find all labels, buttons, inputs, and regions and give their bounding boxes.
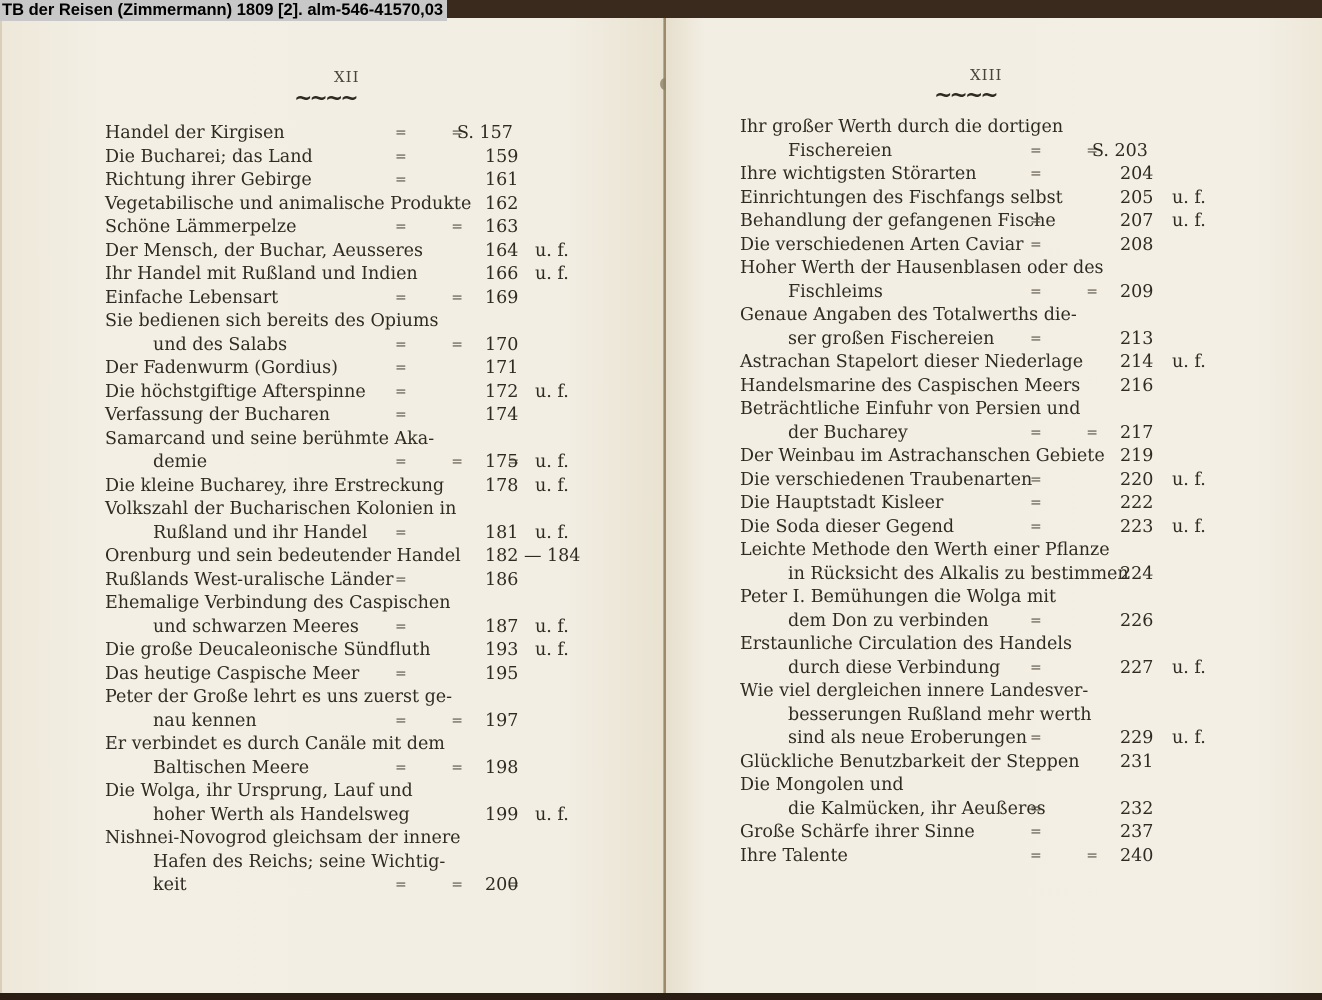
entry-title: Die Mongolen und [740, 774, 904, 798]
entry-suffix: u. f. [535, 804, 569, 828]
leader-marks: = [395, 146, 407, 170]
toc-entry: Ihr großer Werth durch die dortigen [740, 116, 1280, 140]
toc-entry: Das heutige Caspische Meer=195 [105, 663, 625, 687]
leader-marks: = = [395, 710, 463, 734]
entry-title: ser großen Fischereien [788, 328, 994, 352]
leader-marks: = = [395, 287, 463, 311]
toc-entry: Er verbindet es durch Canäle mit dem [105, 733, 625, 757]
entry-page-number: 199 [485, 804, 518, 828]
toc-entry: Die Mongolen und [740, 774, 1280, 798]
toc-entry: Der Fadenwurm (Gordius)=171 [105, 357, 625, 381]
entry-page-number: 200 [485, 874, 518, 898]
leader-marks: = [1030, 516, 1042, 540]
entry-suffix: u. f. [535, 616, 569, 640]
entry-title: Fischleims [788, 281, 883, 305]
toc-entry: Leichte Methode den Werth einer Pflanze [740, 539, 1280, 563]
entry-title: Wie viel dergleichen innere Landesver- [740, 680, 1088, 704]
entry-page-number: 164 [485, 240, 518, 264]
toc-entry: Ihre wichtigsten Störarten=204 [740, 163, 1280, 187]
entry-page-number: 181 [485, 522, 518, 546]
toc-entry: Sie bedienen sich bereits des Opiums [105, 310, 625, 334]
entry-title: Der Mensch, der Buchar, Aeusseres [105, 240, 423, 264]
entry-title: Die kleine Bucharey, ihre Erstreckung [105, 475, 444, 499]
entry-suffix: u. f. [535, 240, 569, 264]
page-number: XII [334, 68, 360, 86]
toc-entry: die Kalmücken, ihr Aeußeres=232 [740, 798, 1280, 822]
entry-page-number: 208 [1120, 234, 1153, 258]
entry-title: Schöne Lämmerpelze [105, 216, 296, 240]
entry-title: hoher Werth als Handelsweg [153, 804, 410, 828]
entry-page-number: 220 [1120, 469, 1153, 493]
leader-marks: = [1030, 610, 1042, 634]
toc-list-right: Ihr großer Werth durch die dortigenFisch… [740, 116, 1280, 868]
toc-entry: Erstaunliche Circulation des Handels [740, 633, 1280, 657]
toc-entry: Die Bucharei; das Land=159 [105, 146, 625, 170]
entry-suffix: u. f. [535, 639, 569, 663]
entry-page-number: 223 [1120, 516, 1153, 540]
leader-marks: = = [1030, 140, 1098, 164]
toc-entry: Ihr Handel mit Rußland und Indien166u. f… [105, 263, 625, 287]
entry-title: Baltischen Meere [153, 757, 309, 781]
toc-entry: und des Salabs= =170 [105, 334, 625, 358]
entry-title: Rußland und ihr Handel [153, 522, 367, 546]
leader-marks: = [395, 357, 407, 381]
entry-title: Der Weinbau im Astrachanschen Gebiete [740, 445, 1105, 469]
entry-page-number: 229 [1120, 727, 1153, 751]
entry-suffix: u. f. [535, 475, 569, 499]
toc-entry: Astrachan Stapelort dieser Niederlage214… [740, 351, 1280, 375]
entry-title: die Kalmücken, ihr Aeußeres [788, 798, 1046, 822]
entry-title: Ehemalige Verbindung des Caspischen [105, 592, 450, 616]
toc-entry: Fischleims= =209 [740, 281, 1280, 305]
leader-marks: = [395, 663, 407, 687]
toc-entry: der Bucharey= =217 [740, 422, 1280, 446]
leader-marks: = [395, 404, 407, 428]
entry-title: in Rücksicht des Alkalis zu bestimmen [788, 563, 1129, 587]
entry-title: besserungen Rußland mehr werth [788, 704, 1092, 728]
toc-list-left: Handel der Kirgisen= =S. 157Die Bucharei… [105, 122, 625, 898]
ornament-rule: ~~~~ [934, 91, 996, 99]
entry-title: Peter der Große lehrt es uns zuerst ge- [105, 686, 452, 710]
entry-title: Nishnei-Novogrod gleichsam der innere [105, 827, 461, 851]
toc-entry: Einfache Lebensart= =169 [105, 287, 625, 311]
entry-title: Fischereien [788, 140, 892, 164]
entry-suffix: u. f. [1172, 210, 1206, 234]
entry-title: Große Schärfe ihrer Sinne [740, 821, 975, 845]
entry-title: Samarcand und seine berühmte Aka- [105, 428, 434, 452]
toc-entry: Hafen des Reichs; seine Wichtig- [105, 851, 625, 875]
entry-page-number: S. 203 [1092, 140, 1148, 164]
entry-page-number: 169 [485, 287, 518, 311]
entry-title: sind als neue Eroberungen [788, 727, 1027, 751]
entry-title: Einrichtungen des Fischfangs selbst [740, 187, 1063, 211]
toc-entry: Schöne Lämmerpelze= =163 [105, 216, 625, 240]
leader-marks: = [395, 169, 407, 193]
toc-entry: Volkszahl der Bucharischen Kolonien in [105, 498, 625, 522]
entry-page-number: 174 [485, 404, 518, 428]
entry-title: Behandlung der gefangenen Fische [740, 210, 1056, 234]
toc-entry: Die höchstgiftige Afterspinne=172u. f. [105, 381, 625, 405]
entry-suffix: u. f. [1172, 351, 1206, 375]
entry-page-number: 227 [1120, 657, 1153, 681]
entry-title: und schwarzen Meeres [153, 616, 359, 640]
toc-entry: demie= = =175u. f. [105, 451, 625, 475]
entry-title: Glückliche Benutzbarkeit der Steppen [740, 751, 1080, 775]
leader-marks: = [1030, 798, 1042, 822]
toc-entry: sind als neue Eroberungen=229u. f. [740, 727, 1280, 751]
entry-title: dem Don zu verbinden [788, 610, 989, 634]
toc-entry: Die Soda dieser Gegend=223u. f. [740, 516, 1280, 540]
toc-entry: Richtung ihrer Gebirge=161 [105, 169, 625, 193]
entry-title: und des Salabs [153, 334, 287, 358]
entry-page-number: 240 [1120, 845, 1153, 869]
entry-title: Er verbindet es durch Canäle mit dem [105, 733, 445, 757]
toc-entry: Die Hauptstadt Kisleer=222 [740, 492, 1280, 516]
entry-title: durch diese Verbindung [788, 657, 1000, 681]
entry-title: Ihr großer Werth durch die dortigen [740, 116, 1063, 140]
entry-page-number: 209 [1120, 281, 1153, 305]
toc-entry: besserungen Rußland mehr werth [740, 704, 1280, 728]
entry-title: Die verschiedenen Traubenarten [740, 469, 1032, 493]
entry-title: Genaue Angaben des Totalwerths die- [740, 304, 1077, 328]
leader-marks: = [1030, 163, 1042, 187]
toc-entry: Behandlung der gefangenen Fische=207u. f… [740, 210, 1280, 234]
entry-title: Die Soda dieser Gegend [740, 516, 954, 540]
book-spread: XII ~~~~ Handel der Kirgisen= =S. 157Die… [0, 18, 1322, 993]
toc-entry: Orenburg und sein bedeutender Handel182 … [105, 545, 625, 569]
entry-page-number: 159 [485, 146, 518, 170]
entry-title: Das heutige Caspische Meer [105, 663, 359, 687]
entry-title: der Bucharey [788, 422, 908, 446]
entry-title: Verfassung der Bucharen [105, 404, 330, 428]
entry-page-number: 170 [485, 334, 518, 358]
toc-entry: Genaue Angaben des Totalwerths die- [740, 304, 1280, 328]
toc-entry: Rußland und ihr Handel=181u. f. [105, 522, 625, 546]
entry-title: Volkszahl der Bucharischen Kolonien in [105, 498, 456, 522]
toc-entry: Die verschiedenen Traubenarten=220u. f. [740, 469, 1280, 493]
entry-page-number: 178 [485, 475, 518, 499]
left-page: XII ~~~~ Handel der Kirgisen= =S. 157Die… [0, 18, 664, 993]
leader-marks: = = [395, 216, 463, 240]
entry-title: Erstaunliche Circulation des Handels [740, 633, 1072, 657]
entry-page-number: 207 [1120, 210, 1153, 234]
entry-title: Die Wolga, ihr Ursprung, Lauf und [105, 780, 413, 804]
entry-title: Ihr Handel mit Rußland und Indien [105, 263, 418, 287]
toc-entry: Die kleine Bucharey, ihre Erstreckung178… [105, 475, 625, 499]
leader-marks: = = [395, 122, 463, 146]
toc-entry: Peter der Große lehrt es uns zuerst ge- [105, 686, 625, 710]
entry-page-number: 216 [1120, 375, 1153, 399]
leader-marks: = [1030, 234, 1042, 258]
leader-marks: = [1030, 657, 1042, 681]
entry-page-number: 214 [1120, 351, 1153, 375]
entry-title: Beträchtliche Einfuhr von Persien und [740, 398, 1080, 422]
ornament-rule: ~~~~ [294, 94, 356, 102]
entry-suffix: u. f. [535, 263, 569, 287]
entry-suffix: u. f. [1172, 469, 1206, 493]
entry-page-number: 204 [1120, 163, 1153, 187]
entry-page-number: 224 [1120, 563, 1153, 587]
toc-entry: Nishnei-Novogrod gleichsam der innere [105, 827, 625, 851]
leader-marks: = [395, 569, 407, 593]
entry-title: Die Hauptstadt Kisleer [740, 492, 943, 516]
toc-entry: in Rücksicht des Alkalis zu bestimmen224 [740, 563, 1280, 587]
entry-page-number: 166 [485, 263, 518, 287]
entry-title: nau kennen [153, 710, 257, 734]
entry-title: Orenburg und sein bedeutender Handel [105, 545, 461, 569]
toc-entry: nau kennen= =197 [105, 710, 625, 734]
entry-title: Ihre wichtigsten Störarten [740, 163, 977, 187]
entry-page-number: 182 — 184 [485, 545, 580, 569]
entry-page-number: 213 [1120, 328, 1153, 352]
entry-page-number: 161 [485, 169, 518, 193]
leader-marks: = = [1030, 845, 1098, 869]
toc-entry: Vegetabilische und animalische Produkte1… [105, 193, 625, 217]
toc-entry: Beträchtliche Einfuhr von Persien und [740, 398, 1280, 422]
entry-title: Peter I. Bemühungen die Wolga mit [740, 586, 1056, 610]
entry-title: keit [153, 874, 187, 898]
entry-title: Vegetabilische und animalische Produkte [105, 193, 471, 217]
toc-entry: Baltischen Meere= =198 [105, 757, 625, 781]
leader-marks: = [1030, 727, 1042, 751]
leader-marks: = [1030, 210, 1042, 234]
toc-entry: Der Mensch, der Buchar, Aeusseres164u. f… [105, 240, 625, 264]
entry-title: Ihre Talente [740, 845, 848, 869]
toc-entry: Fischereien= =S. 203 [740, 140, 1280, 164]
entry-page-number: 217 [1120, 422, 1153, 446]
leader-marks: = [395, 381, 407, 405]
leader-marks: = [1030, 469, 1042, 493]
entry-page-number: 205 [1120, 187, 1153, 211]
entry-page-number: 232 [1120, 798, 1153, 822]
entry-title: Sie bedienen sich bereits des Opiums [105, 310, 438, 334]
toc-entry: Hoher Werth der Hausenblasen oder des [740, 257, 1280, 281]
leader-marks: = [395, 522, 407, 546]
entry-suffix: u. f. [1172, 727, 1206, 751]
entry-page-number: 175 [485, 451, 518, 475]
leader-marks: = = [395, 334, 463, 358]
leader-marks: = = [395, 757, 463, 781]
toc-entry: Wie viel dergleichen innere Landesver- [740, 680, 1280, 704]
entry-page-number: 197 [485, 710, 518, 734]
toc-entry: Glückliche Benutzbarkeit der Steppen231 [740, 751, 1280, 775]
toc-entry: ser großen Fischereien=213 [740, 328, 1280, 352]
entry-page-number: 163 [485, 216, 518, 240]
entry-page-number: 195 [485, 663, 518, 687]
entry-title: Hoher Werth der Hausenblasen oder des [740, 257, 1104, 281]
leader-marks: = [1030, 821, 1042, 845]
toc-entry: Handelsmarine des Caspischen Meers216 [740, 375, 1280, 399]
entry-page-number: 193 [485, 639, 518, 663]
toc-entry: keit= = =200 [105, 874, 625, 898]
entry-title: Hafen des Reichs; seine Wichtig- [153, 851, 445, 875]
leader-marks: = = [1030, 281, 1098, 305]
toc-entry: Ihre Talente= =240 [740, 845, 1280, 869]
entry-title: Die große Deucaleonische Sündfluth [105, 639, 430, 663]
entry-title: Einfache Lebensart [105, 287, 278, 311]
toc-entry: hoher Werth als Handelsweg199u. f. [105, 804, 625, 828]
entry-title: Der Fadenwurm (Gordius) [105, 357, 338, 381]
leader-marks: = [1030, 492, 1042, 516]
image-caption: TB der Reisen (Zimmermann) 1809 [2]. alm… [0, 0, 447, 21]
entry-page-number: 186 [485, 569, 518, 593]
toc-entry: Samarcand und seine berühmte Aka- [105, 428, 625, 452]
entry-page-number: 231 [1120, 751, 1153, 775]
entry-title: Die verschiedenen Arten Caviar [740, 234, 1024, 258]
entry-title: Die höchstgiftige Afterspinne [105, 381, 366, 405]
toc-entry: Die große Deucaleonische Sündfluth193u. … [105, 639, 625, 663]
toc-entry: durch diese Verbindung=227u. f. [740, 657, 1280, 681]
entry-suffix: u. f. [1172, 657, 1206, 681]
entry-suffix: u. f. [1172, 187, 1206, 211]
entry-title: Handelsmarine des Caspischen Meers [740, 375, 1080, 399]
entry-suffix: u. f. [1172, 516, 1206, 540]
toc-entry: Der Weinbau im Astrachanschen Gebiete219 [740, 445, 1280, 469]
toc-entry: Ehemalige Verbindung des Caspischen [105, 592, 625, 616]
toc-entry: dem Don zu verbinden=226 [740, 610, 1280, 634]
entry-page-number: 171 [485, 357, 518, 381]
entry-title: Rußlands West-uralische Länder [105, 569, 394, 593]
entry-title: demie [153, 451, 207, 475]
leader-marks: = [395, 616, 407, 640]
entry-page-number: 226 [1120, 610, 1153, 634]
entry-suffix: u. f. [535, 522, 569, 546]
entry-suffix: u. f. [535, 451, 569, 475]
toc-entry: Peter I. Bemühungen die Wolga mit [740, 586, 1280, 610]
toc-entry: und schwarzen Meeres=187u. f. [105, 616, 625, 640]
entry-page-number: 162 [485, 193, 518, 217]
entry-title: Die Bucharei; das Land [105, 146, 313, 170]
toc-entry: Einrichtungen des Fischfangs selbst205u.… [740, 187, 1280, 211]
entry-page-number: 237 [1120, 821, 1153, 845]
entry-page-number: 219 [1120, 445, 1153, 469]
entry-page-number: S. 157 [457, 122, 513, 146]
entry-page-number: 198 [485, 757, 518, 781]
entry-suffix: u. f. [535, 381, 569, 405]
toc-entry: Rußlands West-uralische Länder=186 [105, 569, 625, 593]
toc-entry: Handel der Kirgisen= =S. 157 [105, 122, 625, 146]
toc-entry: Verfassung der Bucharen=174 [105, 404, 625, 428]
leader-marks: = [1030, 328, 1042, 352]
entry-page-number: 172 [485, 381, 518, 405]
book-edge [0, 993, 1322, 1000]
entry-title: Richtung ihrer Gebirge [105, 169, 312, 193]
toc-entry: Die Wolga, ihr Ursprung, Lauf und [105, 780, 625, 804]
entry-page-number: 187 [485, 616, 518, 640]
toc-entry: Große Schärfe ihrer Sinne=237 [740, 821, 1280, 845]
leader-marks: = = [1030, 422, 1098, 446]
entry-title: Astrachan Stapelort dieser Niederlage [740, 351, 1083, 375]
right-page: XIII ~~~~ Ihr großer Werth durch die dor… [666, 18, 1322, 993]
entry-page-number: 222 [1120, 492, 1153, 516]
entry-title: Leichte Methode den Werth einer Pflanze [740, 539, 1110, 563]
entry-title: Handel der Kirgisen [105, 122, 285, 146]
toc-entry: Die verschiedenen Arten Caviar=208 [740, 234, 1280, 258]
